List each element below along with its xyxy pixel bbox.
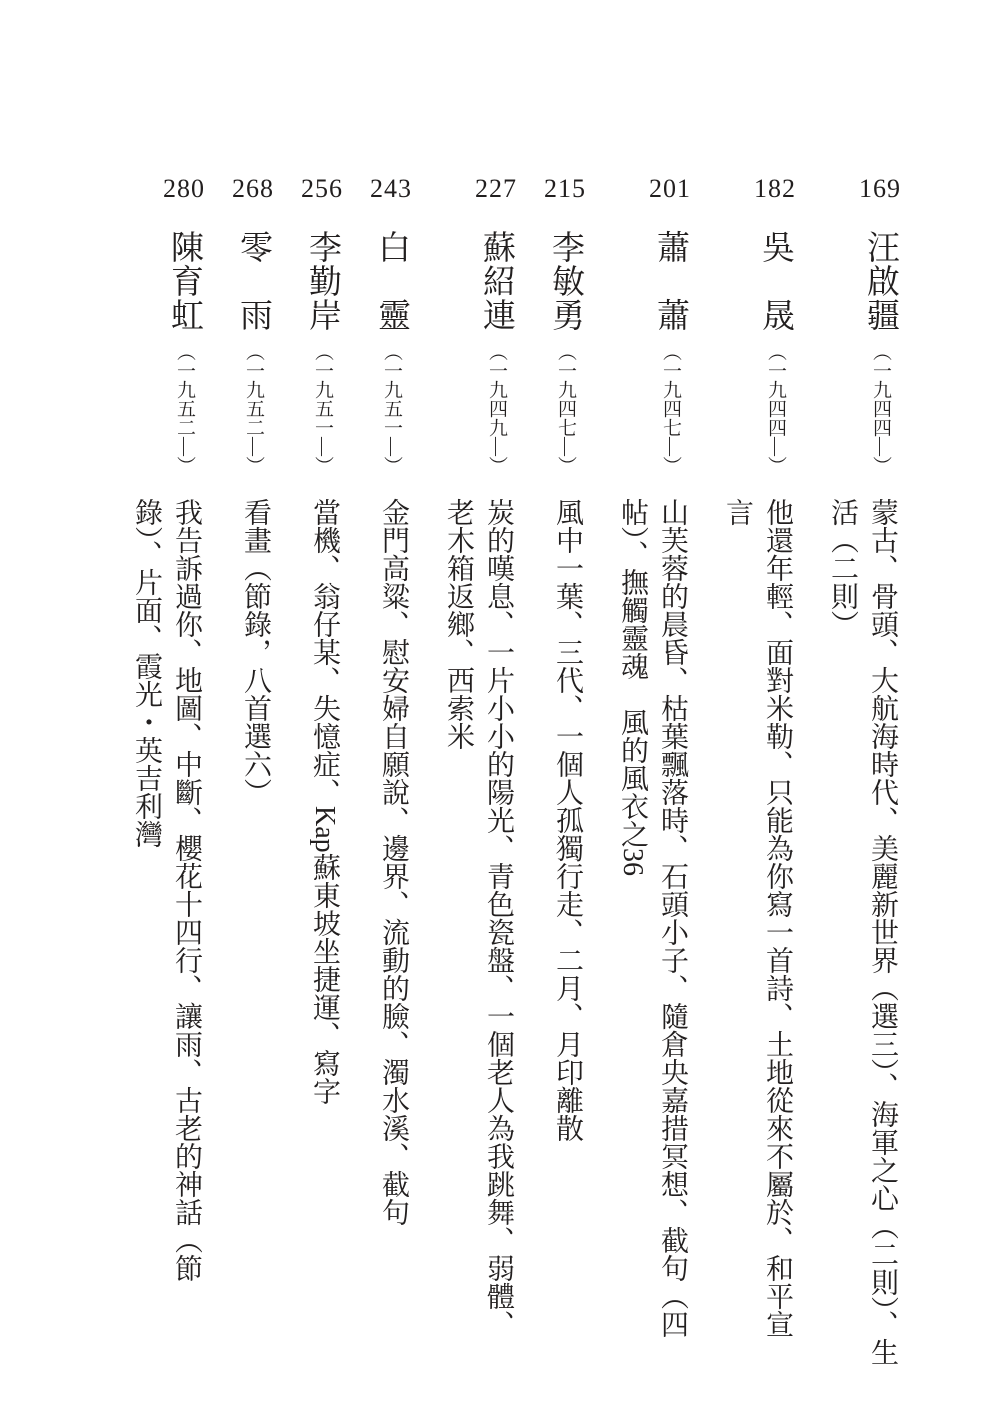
page-number: 243 [369, 172, 413, 206]
page-number: 280 [162, 172, 206, 206]
author-name: 白 靈 [369, 230, 413, 332]
poem-titles: 他還年輕、面對米勒、只能為你寫一首詩、土地從來不屬於、和平宣言 [717, 498, 797, 1338]
author-block: 蘇紹連 （一九四九—） [474, 230, 518, 490]
toc-entry: 227 蘇紹連 （一九四九—） 炭的嘆息、一片小小的陽光、青色瓷盤、一個老人為我… [438, 172, 518, 1338]
page-number: 182 [753, 172, 797, 206]
author-name: 陳育虹 [162, 230, 206, 332]
author-name: 蘇紹連 [474, 230, 518, 332]
poem-titles: 山芙蓉的晨昏、枯葉飄落時、石頭小子、隨倉央嘉措冥想、截句（四帖）、撫觸靈魂 風的… [612, 498, 692, 1338]
page-number: 169 [858, 172, 902, 206]
toc-entry: 243 白 靈 （一九五一—） 金門高粱、慰安婦自願說、邊界、流動的臉、濁水溪、… [369, 172, 413, 1338]
page-number: 256 [300, 172, 344, 206]
poem-titles: 當機、翁仔某、失憶症、Kap蘇東坡坐捷運、寫字 [304, 498, 344, 1338]
author-block: 陳育虹 （一九五二—） [162, 230, 206, 490]
author-name: 李敏勇 [543, 230, 587, 332]
author-block: 零 雨 （一九五二—） [231, 230, 275, 490]
page-number: 201 [648, 172, 692, 206]
toc-entry: 215 李敏勇 （一九四七—） 風中一葉、三代、一個人孤獨行走、二月、月印離散 [543, 172, 587, 1338]
author-birth-year: （一九四四—） [760, 342, 790, 475]
author-name: 吳 晟 [753, 230, 797, 332]
toc-entry: 268 零 雨 （一九五二—） 看畫（節錄，八首選六） [231, 172, 275, 1338]
poem-titles: 蒙古、骨頭、大航海時代、美麗新世界（選三）、海軍之心（二則）、生活（二則） [822, 498, 902, 1366]
toc-entry: 169 汪啟疆 （一九四四—） 蒙古、骨頭、大航海時代、美麗新世界（選三）、海軍… [822, 172, 902, 1366]
author-birth-year: （一九五一—） [307, 342, 337, 475]
page-number: 268 [231, 172, 275, 206]
table-of-contents: 169 汪啟疆 （一九四四—） 蒙古、骨頭、大航海時代、美麗新世界（選三）、海軍… [126, 172, 902, 1366]
author-block: 蕭 蕭 （一九四七—） [648, 230, 692, 490]
toc-entry: 280 陳育虹 （一九五二—） 我告訴過你、地圖、中斷、櫻花十四行、讓雨、古老的… [126, 172, 206, 1338]
author-birth-year: （一九四四—） [865, 342, 895, 475]
author-block: 汪啟疆 （一九四四—） [858, 230, 902, 490]
author-name: 零 雨 [231, 230, 275, 332]
toc-entry: 201 蕭 蕭 （一九四七—） 山芙蓉的晨昏、枯葉飄落時、石頭小子、隨倉央嘉措冥… [612, 172, 692, 1338]
author-block: 吳 晟 （一九四四—） [753, 230, 797, 490]
poem-titles: 看畫（節錄，八首選六） [235, 498, 275, 1338]
poem-titles: 風中一葉、三代、一個人孤獨行走、二月、月印離散 [547, 498, 587, 1338]
author-name: 李勤岸 [300, 230, 344, 332]
poem-titles: 炭的嘆息、一片小小的陽光、青色瓷盤、一個老人為我跳舞、弱體、老木箱返鄉、西索米 [438, 498, 518, 1338]
author-block: 李勤岸 （一九五一—） [300, 230, 344, 490]
author-birth-year: （一九四七—） [550, 342, 580, 475]
author-name: 蕭 蕭 [648, 230, 692, 332]
author-block: 李敏勇 （一九四七—） [543, 230, 587, 490]
author-name: 汪啟疆 [858, 230, 902, 332]
author-birth-year: （一九五一—） [376, 342, 406, 475]
author-birth-year: （一九四七—） [655, 342, 685, 475]
page-number: 227 [474, 172, 518, 206]
poem-titles: 金門高粱、慰安婦自願說、邊界、流動的臉、濁水溪、截句 [373, 498, 413, 1338]
book-page: 169 汪啟疆 （一九四四—） 蒙古、骨頭、大航海時代、美麗新世界（選三）、海軍… [0, 0, 1000, 1419]
author-block: 白 靈 （一九五一—） [369, 230, 413, 490]
author-birth-year: （一九五二—） [169, 342, 199, 475]
poem-titles: 我告訴過你、地圖、中斷、櫻花十四行、讓雨、古老的神話（節錄）、片面、霞光・英吉利… [126, 498, 206, 1338]
toc-entry: 182 吳 晟 （一九四四—） 他還年輕、面對米勒、只能為你寫一首詩、土地從來不… [717, 172, 797, 1338]
toc-entry: 256 李勤岸 （一九五一—） 當機、翁仔某、失憶症、Kap蘇東坡坐捷運、寫字 [300, 172, 344, 1338]
page-number: 215 [543, 172, 587, 206]
author-birth-year: （一九五二—） [238, 342, 268, 475]
author-birth-year: （一九四九—） [481, 342, 511, 475]
